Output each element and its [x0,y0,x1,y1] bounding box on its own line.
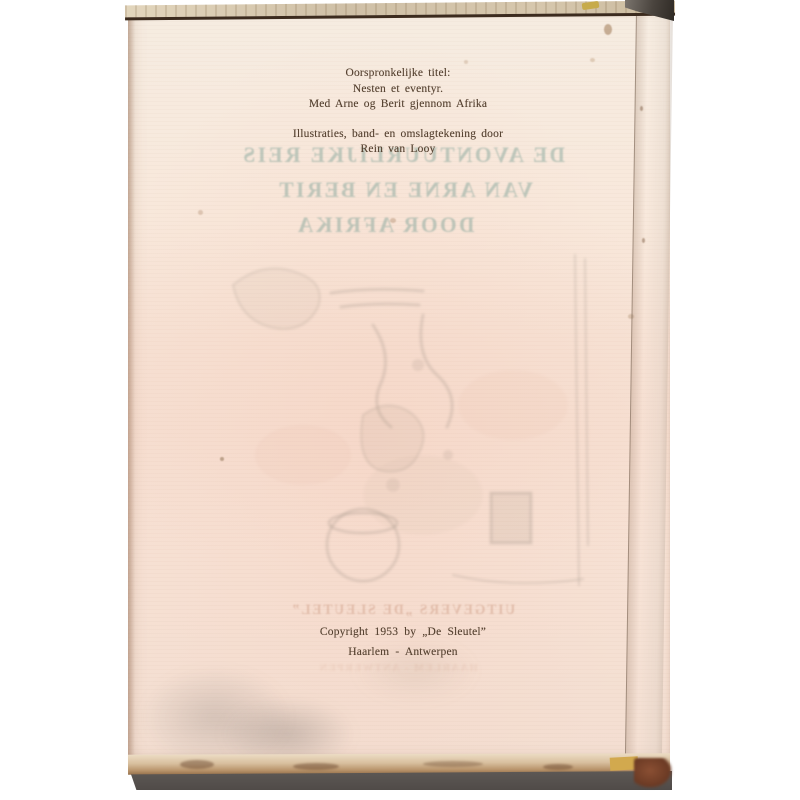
bottom-corner-brown [634,758,672,788]
edge-blemish [543,764,573,770]
edge-blemish [293,763,339,770]
show-through-illustration [213,245,633,610]
ghost-publisher-line: UITGEVERS „DE SLEUTEL” [262,603,543,619]
ghost-title-line-3: DOOR AFRIKA [225,212,545,239]
original-title: Nesten et eventyr. [163,82,633,98]
illustration-credit: Illustraties, band- en omslagtekening do… [163,127,633,143]
foxing-spot [198,210,203,215]
left-page-edge [128,10,135,762]
foxing-spot [590,58,595,62]
illustrator-name: Rein van Looy [163,142,633,158]
foxing-spot [464,60,468,64]
foxing-spot [220,457,224,461]
ghost-title-line-2: VAN ARNE EN BERIT [245,177,565,204]
edge-blemish [423,761,483,767]
smudge-stain [353,640,478,702]
original-title-block: Oorspronkelijke titel: Nesten et eventyr… [163,66,633,158]
foxing-spot [390,218,396,223]
book-scan: DE AVONTUURLIJKE REIS VAN ARNE EN BERIT … [128,2,672,790]
original-title-label: Oorspronkelijke titel: [163,66,633,82]
original-subtitle: Med Arne og Berit gjennom Afrika [163,97,633,113]
scan-photo-canvas: DE AVONTUURLIJKE REIS VAN ARNE EN BERIT … [0,0,800,800]
foxing-spot [604,24,612,35]
edge-blemish [180,760,214,769]
copyright-line: Copyright 1953 by „De Sleutel” [168,622,638,642]
